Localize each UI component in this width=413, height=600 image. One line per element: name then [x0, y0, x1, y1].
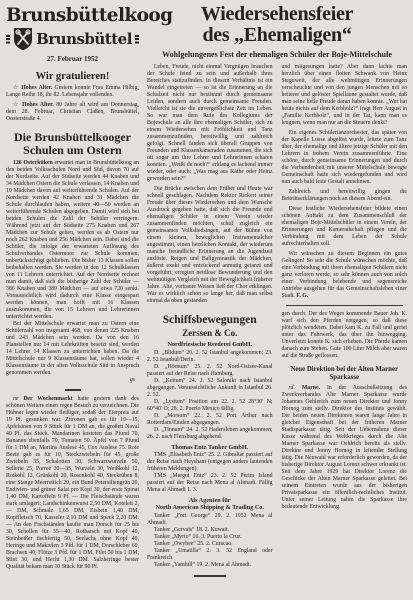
masthead-title-row: Brunsbüttel [6, 27, 139, 51]
shipping-section-title: Nordfriesische Reederei GmbH. [147, 341, 273, 348]
feature-paragraph: Ein eigenes Schülertanzorchester, das sp… [282, 130, 408, 186]
newspaper-page: Brunsbüttelkoog Brunsbüttel 27. Februar … [0, 0, 413, 600]
masthead: Brunsbüttelkoog Brunsbüttel 27. Februar … [6, 4, 139, 63]
shipping-entry: TMS „Margot Entz“ 23. 2. 52 Perim Island… [147, 473, 273, 494]
shipping-entry: Tanker „Fort George“ 29. 2. 1952 Mena al… [147, 513, 273, 527]
star-icon: ☆ [13, 102, 20, 108]
shipping-entry: Tanker „Yamhill“ 19. 2. Mena al Ahmadi. [147, 562, 273, 569]
wochenmarkt-paragraph: ne Der Wochenmarkt hatte gestern dank de… [6, 396, 139, 571]
star-icon: ☆ [13, 85, 19, 91]
section-heading-schulen: Die Brunsbüttelkooger Schulen um Ostern [6, 131, 139, 157]
congrats-item: ☆ Hohes Alter. Gestern konnte Frau Emma … [6, 85, 139, 99]
shipping-entry: Tanker „Gervais“ 18. 2. Kuwait. [147, 527, 273, 534]
feature-headline-line1: Wiedersehensfeier [201, 3, 353, 25]
shipping-company: Zerssen & Co. [147, 328, 273, 338]
shipping-entry: D. „Keitum“ 24. 2. 52 Saloniki nach Ista… [147, 378, 273, 399]
masthead-ornament-left-icon [6, 35, 10, 44]
feature-headline-line2: des „Ehemaligen“ [202, 24, 351, 46]
shipping-section-title-text: North American Shipping & Trading Co. [156, 504, 264, 511]
shipping-entry: Tanker „Myrto“ 16. 3. Puerto la Cruz. [147, 534, 273, 541]
correspondent-sign: gs [6, 377, 139, 384]
schulen-heading-line2: Schulen um Ostern [23, 143, 122, 157]
feature-byline: F. G. [296, 293, 308, 299]
paragraph-text: hatte gestern dank des schönen Wetters e… [6, 396, 139, 570]
feature-paragraph: Die Brücke zwischen dem Früher und Heute… [147, 186, 273, 305]
sparkasse-heading: Neue Direktion bei der Alten Marner Spar… [286, 366, 404, 382]
paragraph-lead: Marne. [302, 385, 320, 391]
shipping-section-title: Als Agenten für North American Shipping … [147, 497, 273, 511]
schulen-heading-line1: Die Brunsbüttelkooger [14, 130, 131, 144]
news-paragraph-milk: gen durch. Der des Weges kommende Bauer … [282, 311, 408, 360]
masthead-ornament-right-icon [135, 35, 139, 44]
shipping-section-pretitle: Als Agenten für [189, 497, 231, 504]
shipping-entry: Tanker „Owyhee“ 25. 2. Curacao. [147, 541, 273, 548]
correspondent-sign: ne [13, 396, 18, 402]
congrats-item-lead: Hohes Alter. [21, 85, 52, 91]
feature-paragraph: Wir wünschen zu diesem Beginnen ein gute… [282, 251, 408, 300]
shipping-entry: D. „Lystum“ Position am 22. 2. 52 28°30′… [147, 399, 273, 413]
congrats-item: ☆ Hohes Alter. 80 Jahre alt wird am Donn… [6, 102, 139, 123]
feature-column-1: Leben, Freude, nicht einmal Vergnügen br… [147, 64, 273, 583]
section-heading-gratulieren: Wir gratulieren! [6, 71, 139, 82]
city-crest-icon [13, 27, 33, 51]
masthead-date: 27. Februar 1952 [6, 55, 139, 63]
feature-paragraph: Zahlreich und bereitwillig gingen die Be… [282, 189, 408, 203]
section-divider [286, 305, 404, 306]
shipping-entry: D. „Blidum“ 20. 2. 52 Istanbul angekomme… [147, 350, 273, 364]
masthead-title-line2: Brunsbüttel [36, 30, 132, 48]
shipping-entry: TMS „Elisabeth Entz“ 25. 2. Gibraltar pa… [147, 452, 273, 473]
article-paragraph: 126 Osterküken erwartet man in Brunsbütt… [6, 160, 139, 321]
feature-paragraph: und mitgesungen hatte? Aber dann lachte … [282, 64, 408, 127]
paragraph-text: In der Ausschußsitzung des Zweckverbande… [282, 385, 408, 510]
sparkasse-heading-line2: Sparkasse [330, 374, 359, 381]
paragraph-text: erwartet man in Brunsbüttelkoog an den b… [6, 160, 139, 320]
paragraph-text: Wir wünschen zu diesem Beginnen ein gute… [282, 251, 408, 299]
feature-paragraph: Leben, Freude, nicht einmal Vergnügen br… [147, 64, 273, 183]
correspondent-sign: rd. [289, 385, 295, 391]
masthead-title-line1: Brunsbüttelkoog [6, 6, 139, 25]
feature-subtitle: Wohlgelungenes Fest der ehemaligen Schül… [147, 50, 407, 59]
shipping-entry: Tanker „Umatilla“ 2. 3. 52 England oder … [147, 548, 273, 562]
shipping-entry: D. „Tinnum“ 24. 2. 52 Hadersleben angeko… [147, 427, 273, 441]
congrats-item-lead: Hohes Alter. [22, 102, 54, 108]
news-paragraph-sparkasse: rd. Marne. In der Ausschußsitzung des Zw… [282, 385, 408, 511]
feature-columns: Leben, Freude, nicht einmal Vergnügen br… [147, 64, 407, 583]
section-divider [194, 575, 226, 577]
main-area: Wiedersehensfeier des „Ehemaligen“ Wohlg… [147, 4, 407, 596]
paragraph-lead: Der Wochenmarkt [23, 396, 72, 402]
article-paragraph: Bei der Mittelschule erwartet man zu Ost… [6, 321, 139, 377]
feature-column-2: und mitgesungen hatte? Aber dann lachte … [282, 64, 408, 583]
shipping-entry: D. „Hörnum“ 25. 2. 52 Nord-Ostsee-Kanal … [147, 364, 273, 378]
left-column: Brunsbüttelkoog Brunsbüttel 27. Februar … [6, 4, 139, 596]
shipping-entry: D. „Morsum“ 22. 2. 52 Port Arthur nach R… [147, 413, 273, 427]
paragraph-lead: 126 Osterküken [13, 160, 53, 166]
sparkasse-heading-line1: Neue Direktion bei der Alten Marner [290, 366, 398, 373]
shipping-section-title: Thomas Entz Tanker GmbH. [147, 444, 273, 451]
feature-paragraph: Diese festliche Wiedersehensfeier bildet… [282, 206, 408, 248]
section-divider [65, 389, 81, 391]
shipping-heading: Schiffsbewegungen [147, 314, 273, 326]
feature-headline: Wiedersehensfeier des „Ehemaligen“ [147, 4, 407, 46]
